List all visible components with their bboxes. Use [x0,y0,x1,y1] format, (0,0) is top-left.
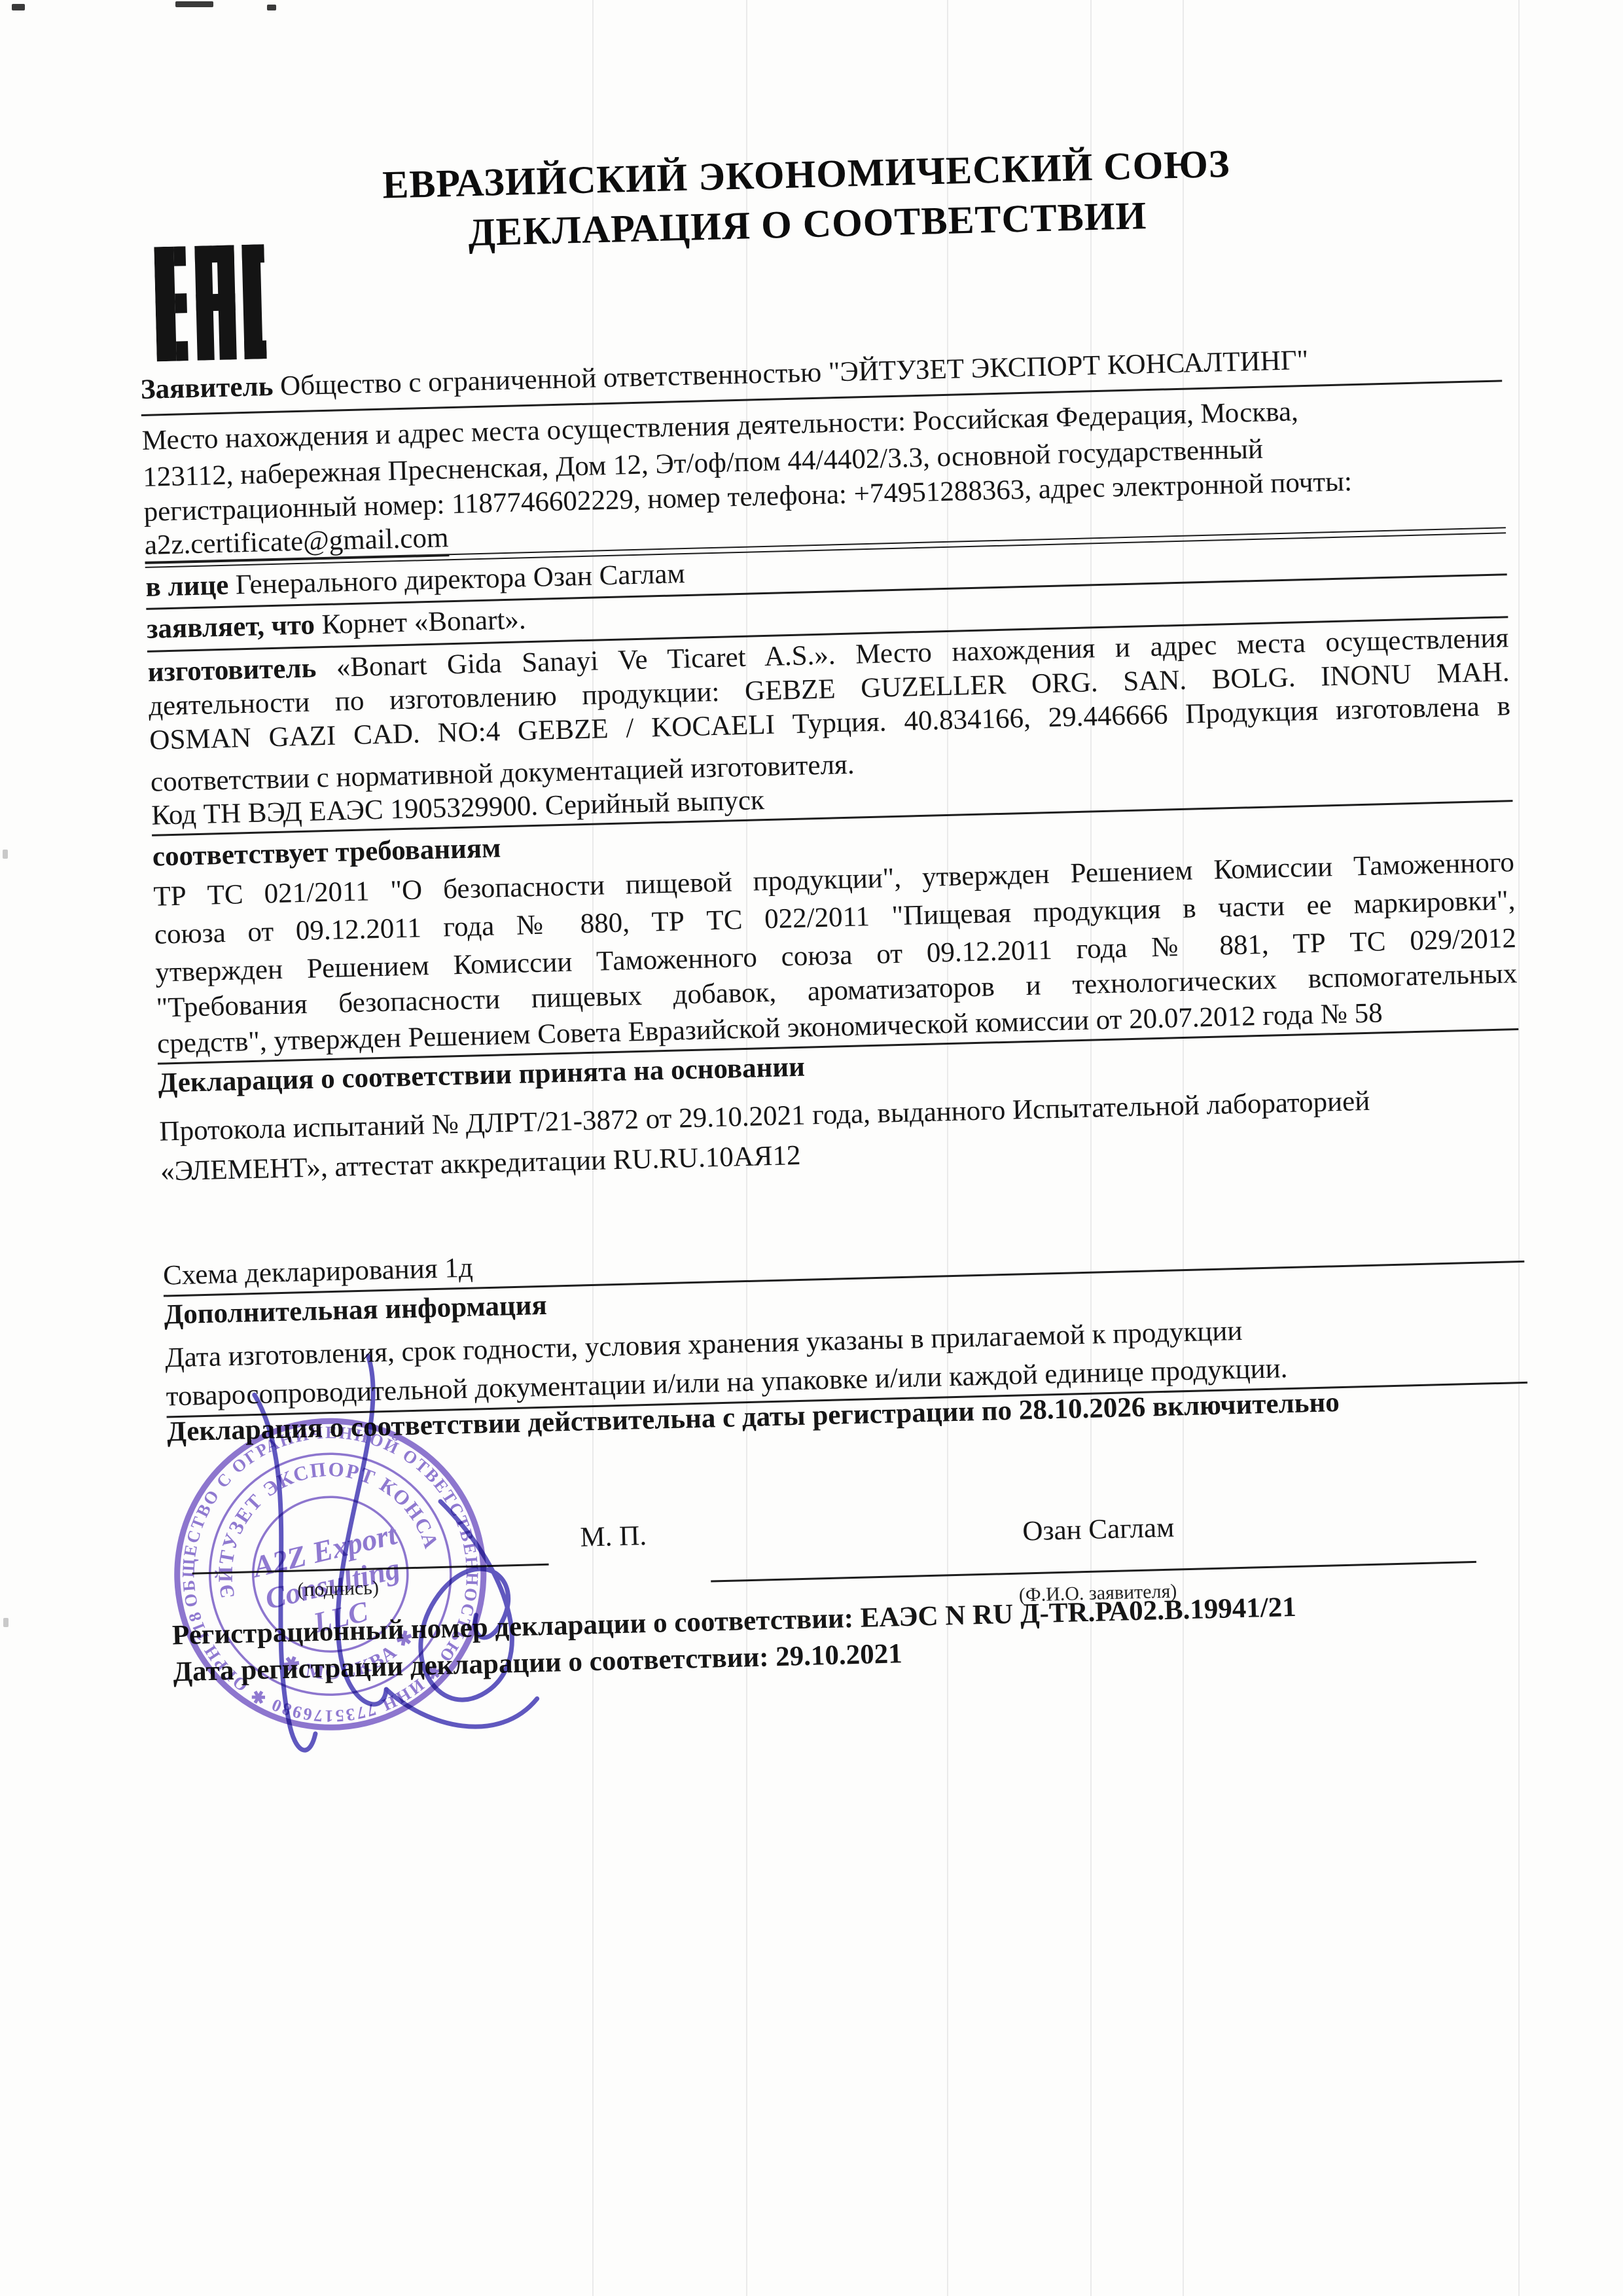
eac-logo-icon [154,244,266,361]
declares-label: заявляет, что [147,609,315,644]
represented-by-value: Генерального директора Озан Саглам [235,558,685,600]
scheme-row: Схема декларирования 1д [163,1251,474,1293]
name-line [711,1561,1476,1583]
scan-speck [3,1618,9,1627]
complies-heading: соответствует требованиям [152,831,501,874]
scan-speck [3,850,8,859]
represented-by-label: в лице [145,570,229,603]
signer-name: Озан Саглам [1022,1511,1175,1549]
email-row: a2z.certificate@gmail.com [144,521,449,563]
declares-value: Корнет «Bonart». [321,604,526,640]
scanned-declaration-page: ЕВРАЗИЙСКИЙ ЭКОНОМИЧЕСКИЙ СОЮЗ ДЕКЛАРАЦИ… [0,0,1623,2296]
manufacturer-label: изготовитель [147,653,317,688]
applicant-label: Заявитель [140,371,274,405]
applicant-row: Заявитель Общество с ограниченной ответс… [140,344,1309,407]
handwritten-signature-icon [181,1331,598,1785]
applicant-value: Общество с ограниченной ответственностью… [280,345,1309,402]
declares-row: заявляет, что Корнет «Bonart». [147,603,527,647]
